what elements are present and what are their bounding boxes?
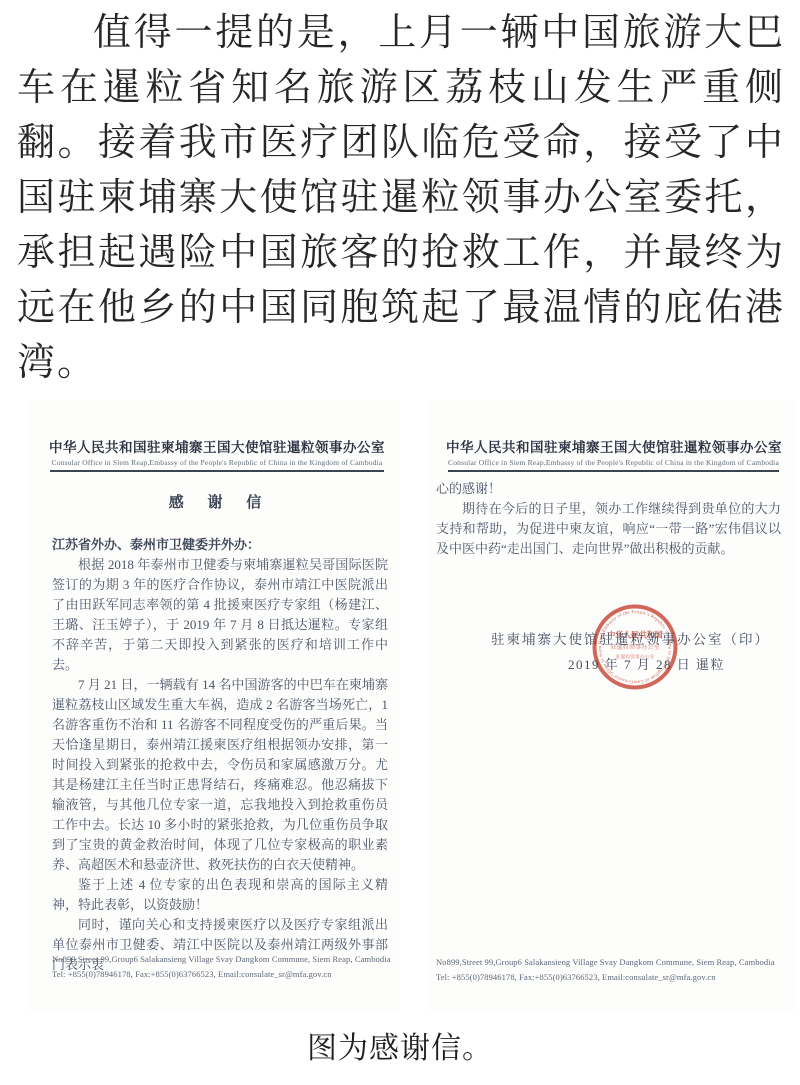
letter-paragraph: 根据 2018 年泰州市卫健委与柬埔寨暹粒吴哥国际医院签订的为期 3 年的医疗合… — [52, 555, 388, 675]
article-page: 值得一提的是，上月一辆中国旅游大巴车在暹粒省知名旅游区荔枝山发生严重侧翻。接着我… — [0, 0, 800, 1085]
letterhead-rule — [448, 470, 779, 472]
letter-scan-left: 中华人民共和国驻柬埔寨王国大使馆驻暹粒领事办公室 Consular Office… — [30, 400, 400, 1012]
letterhead-rule — [50, 470, 384, 472]
signature-office-line: 驻柬埔寨大使馆驻暹粒领事办公室（印） — [491, 628, 770, 648]
letter-paragraph: 鉴于上述 4 位专家的出色表现和崇高的国际主义精神，特此表彰，以资鼓励！ — [52, 875, 388, 915]
letter-continuation-line: 心的感谢！ — [436, 479, 781, 499]
signature-date-line: 2019 年 7 月 28 日 暹粒 — [568, 654, 725, 673]
letter-footer-address: No899,Street 99,Group6 Salakansieng Vill… — [52, 952, 390, 967]
letter-paragraph: 7 月 21 日，一辆载有 14 名中国游客的中巴车在柬埔寨暹粒荔枝山区域发生重… — [52, 675, 388, 875]
figure-caption: 图为感谢信。 — [0, 1023, 800, 1067]
letterhead-subtitle-en: Consular Office in Siem Reap,Embassy of … — [444, 458, 783, 467]
letter-footer-address: No899,Street 99,Group6 Salakansieng Vill… — [436, 955, 785, 970]
letter-closing-paragraph: 期待在今后的日子里，领办工作继续得到贵单位的大力支持和帮助，为促进中柬友谊，响应… — [436, 499, 781, 559]
article-paragraph: 值得一提的是，上月一辆中国旅游大巴车在暹粒省知名旅游区荔枝山发生严重侧翻。接着我… — [17, 6, 785, 391]
letter-footer: No899,Street 99,Group6 Salakansieng Vill… — [436, 955, 785, 985]
letterhead-title-cn: 中华人民共和国驻柬埔寨王国大使馆驻暹粒领事办公室 — [446, 436, 781, 456]
letter-scan-right: 中华人民共和国驻柬埔寨王国大使馆驻暹粒领事办公室 Consular Office… — [428, 400, 795, 1012]
letter-footer-contact: Tel: +855(0)78946178, Fax:+855(0)6376652… — [436, 970, 785, 985]
letter-footer-contact: Tel: +855(0)78946178, Fax:+855(0)6376652… — [52, 967, 390, 982]
letter-footer: No899,Street 99,Group6 Salakansieng Vill… — [52, 952, 390, 982]
letterhead-title-cn: 中华人民共和国驻柬埔寨王国大使馆驻暹粒领事办公室 — [48, 436, 386, 456]
letter-title: 感 谢 信 — [30, 491, 400, 512]
letter-salutation: 江苏省外办、泰州市卫健委并外办： — [52, 535, 388, 555]
letterhead-subtitle-en: Consular Office in Siem Reap,Embassy of … — [46, 458, 388, 467]
